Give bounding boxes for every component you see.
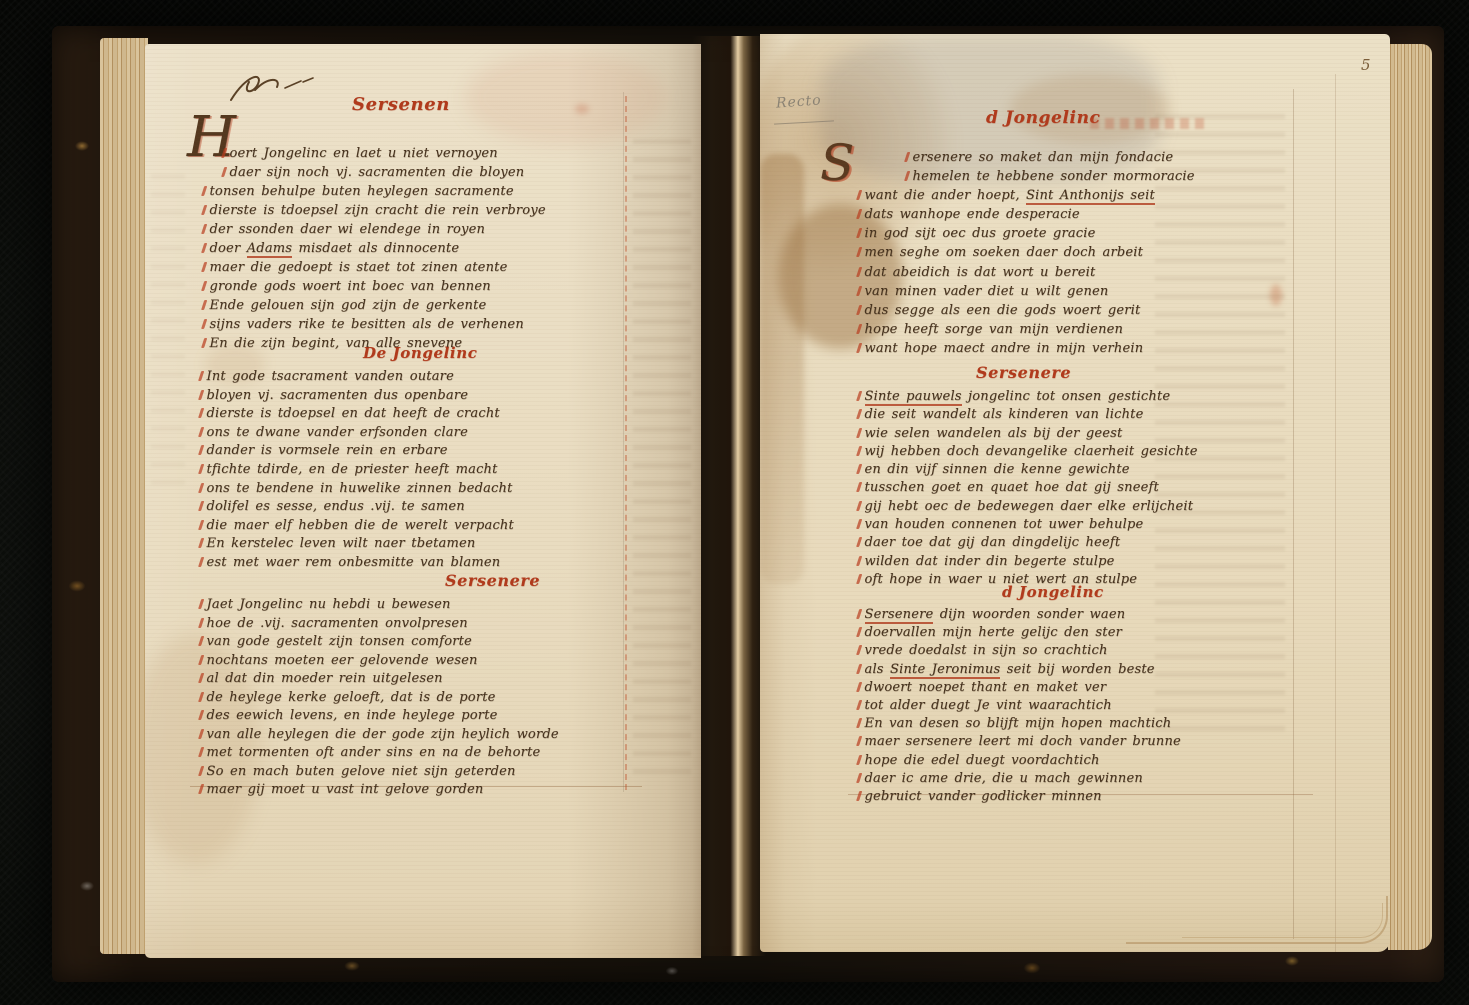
margin-ruling-line: [623, 92, 624, 792]
manuscript-line: dat abeidich is dat wort u bereit: [858, 263, 1195, 282]
manuscript-line: tfichte tdirde, en de priester heeft mac…: [200, 461, 514, 480]
manuscript-line: doer Adams misdaet als dinnocente: [203, 239, 546, 258]
manuscript-line: want hope maect andre in mijn verhein: [858, 339, 1195, 358]
red-underlined-phrase: Sinte pauwels: [865, 389, 962, 404]
verse-block: oert Jongelinc en laet u niet vernoyenda…: [203, 144, 546, 353]
page-stain: [1270, 284, 1282, 306]
folio-number: 5: [1361, 56, 1371, 74]
rubric-heading-sersenere: Sersenere: [445, 571, 540, 590]
manuscript-line: doervallen mijn herte gelijc den ster: [858, 624, 1181, 642]
manuscript-line: hemelen te hebbene sonder mormoracie: [906, 167, 1195, 186]
manuscript-line: En van desen so blijft mijn hopen machti…: [858, 715, 1181, 733]
manuscript-line: oert Jongelinc en laet u niet vernoyen: [223, 144, 546, 163]
red-margin-ruling: [625, 96, 627, 790]
manuscript-line: al dat din moeder rein uitgelesen: [200, 670, 559, 689]
manuscript-line: tonsen behulpe buten heylegen sacramente: [203, 182, 546, 201]
manuscript-line: dwoert noepet thant en maket ver: [858, 679, 1181, 697]
manuscript-line: van alle heylegen die der gode zijn heyl…: [200, 726, 559, 745]
manuscript-line: als Sinte Jeronimus seit bij worden best…: [858, 661, 1181, 679]
manuscript-line: en din vijf sinnen die kenne gewichte: [858, 461, 1198, 479]
manuscript-line: hoe de .vij. sacramenten onvolpresen: [200, 615, 559, 634]
page-stain: [575, 104, 589, 114]
manuscript-line: die maer elf hebben die de werelt verpac…: [200, 517, 514, 536]
verse-block: Sinte pauwels jongelinc tot onsen gestic…: [858, 388, 1198, 589]
manuscript-line: daer toe dat gij dan dingdelijc heeft: [858, 534, 1198, 552]
verse-block: Sersenere dijn woorden sonder waendoerva…: [858, 606, 1181, 806]
manuscript-line: dierste is tdoepsel en dat heeft de crac…: [200, 405, 514, 424]
manuscript-line: daer sijn noch vj. sacramenten die bloye…: [223, 163, 546, 182]
manuscript-line: der ssonden daer wi elendege in royen: [203, 220, 546, 239]
red-underlined-phrase: Sersenere: [865, 607, 934, 622]
page-stack-fore-edge: [1388, 44, 1432, 950]
manuscript-line: hope die edel duegt voordachtich: [858, 752, 1181, 770]
pen-trial-flourish: [225, 70, 345, 110]
rubric-heading-sersenere: Sersenere: [976, 363, 1071, 382]
red-underlined-phrase: Sint Anthonijs seit: [1026, 188, 1155, 203]
verse-block: ersenere so maket dan mijn fondaciehemel…: [858, 148, 1195, 358]
manuscript-line: ons te dwane vander erfsonden clare: [200, 424, 514, 443]
manuscript-line: sijns vaders rike te besitten als de ver…: [203, 315, 546, 334]
manuscript-line: wij hebben doch devangelike claerheit ge…: [858, 443, 1198, 461]
manuscript-line: van gode gestelt zijn tonsen comforte: [200, 633, 559, 652]
manuscript-line: So en mach buten gelove niet sijn geterd…: [200, 763, 559, 782]
manuscript-line: En kerstelec leven wilt naer tbetamen: [200, 535, 514, 554]
manuscript-line: van minen vader diet u wilt genen: [858, 282, 1195, 301]
manuscript-line: ersenere so maket dan mijn fondacie: [906, 148, 1195, 167]
manuscript-line: van houden connenen tot uwer behulpe: [858, 516, 1198, 534]
left-page: Sersenen De Jongelinc Sersenere H oert J…: [145, 44, 701, 958]
page-stain: [465, 50, 665, 145]
rubric-heading-d-jongelinc: d Jongelinc: [986, 108, 1100, 128]
page-stain: [760, 154, 804, 584]
manuscript-line: dierste is tdoepsel zijn cracht die rein…: [203, 201, 546, 220]
verse-block: Int gode tsacrament vanden outarebloyen …: [200, 368, 514, 573]
verse-block: Jaet Jongelinc nu hebdi u bewesenhoe de …: [200, 596, 559, 800]
manuscript-line: Jaet Jongelinc nu hebdi u bewesen: [200, 596, 559, 615]
manuscript-line: wie selen wandelen als bij der geest: [858, 425, 1198, 443]
manuscript-line: maer die gedoept is staet tot zinen aten…: [203, 258, 546, 277]
manuscript-line: in god sijt oec dus groete gracie: [858, 224, 1195, 243]
manuscript-line: Sinte pauwels jongelinc tot onsen gestic…: [858, 388, 1198, 406]
manuscript-line: nochtans moeten eer gelovende wesen: [200, 652, 559, 671]
manuscript-line: met tormenten oft ander sins en na de be…: [200, 744, 559, 763]
manuscript-line: bloyen vj. sacramenten dus openbare: [200, 387, 514, 406]
right-page: Recto 5 d Jongelinc Sersenere d Jongelin…: [760, 34, 1390, 952]
red-underlined-phrase: Adams: [247, 241, 292, 256]
manuscript-line: hope heeft sorge van mijn verdienen: [858, 320, 1195, 339]
manuscript-line: gij hebt oec de bedewegen daer elke erli…: [858, 498, 1198, 516]
manuscript-line: dus segge als een die gods woert gerit: [858, 301, 1195, 320]
manuscript-line: vrede doedalst in sijn so crachtich: [858, 642, 1181, 660]
manuscript-line: tot alder duegt Je vint waarachtich: [858, 697, 1181, 715]
manuscript-line: maer gij moet u vast int gelove gorden: [200, 781, 559, 800]
manuscript-line: die seit wandelt als kinderen van lichte: [858, 406, 1198, 424]
manuscript-line: daer ic ame drie, die u mach gewinnen: [858, 770, 1181, 788]
manuscript-line: est met waer rem onbesmitte van blamen: [200, 554, 514, 573]
manuscript-line: de heylege kerke geloeft, dat is de port…: [200, 689, 559, 708]
manuscript-line: dats wanhope ende desperacie: [858, 205, 1195, 224]
manuscript-line: tusschen goet en quaet hoe dat gij sneef…: [858, 479, 1198, 497]
manuscript-photo: Sersenen De Jongelinc Sersenere H oert J…: [0, 0, 1469, 1005]
red-underlined-phrase: Sinte Jeronimus: [890, 662, 1000, 677]
sheet-edge: [1182, 903, 1383, 938]
manuscript-line: gronde gods woert int boec van bennen: [203, 277, 546, 296]
pencil-note: Recto: [775, 92, 822, 111]
show-through-text: [151, 174, 185, 494]
manuscript-line: gebruict vander godlicker minnen: [858, 788, 1181, 806]
manuscript-line: des eewich levens, en inde heylege porte: [200, 707, 559, 726]
pencil-underline: [774, 120, 834, 124]
manuscript-line: men seghe om soeken daer doch arbeit: [858, 243, 1195, 262]
manuscript-line: dander is vormsele rein en erbare: [200, 442, 514, 461]
page-stack-left-edge: [100, 38, 148, 954]
manuscript-line: oft hope in waer u niet wert an stulpe: [858, 571, 1198, 589]
sheet-edge: [1126, 896, 1388, 944]
manuscript-line: Sersenere dijn woorden sonder waen: [858, 606, 1181, 624]
rubric-heading-sersenen: Sersenen: [352, 94, 450, 115]
margin-ruling-line: [1293, 89, 1294, 939]
manuscript-line: Ende gelouen sijn god zijn de gerkente: [203, 296, 546, 315]
manuscript-line: maer sersenere leert mi doch vander brun…: [858, 733, 1181, 751]
margin-ruling-line: [1335, 74, 1336, 952]
manuscript-line: Int gode tsacrament vanden outare: [200, 368, 514, 387]
show-through-text: [633, 139, 691, 784]
manuscript-line: wilden dat inder din begerte stulpe: [858, 553, 1198, 571]
manuscript-line: ons te bendene in huwelike zinnen bedach…: [200, 480, 514, 499]
manuscript-line: want die ander hoept, Sint Anthonijs sei…: [858, 186, 1195, 205]
faded-rubric-smudge: [1090, 118, 1210, 129]
manuscript-line: dolifel es sesse, endus .vij. te samen: [200, 498, 514, 517]
decorated-initial: S: [820, 138, 854, 188]
manuscript-line: En die zijn begint, van alle snevene: [203, 334, 546, 353]
